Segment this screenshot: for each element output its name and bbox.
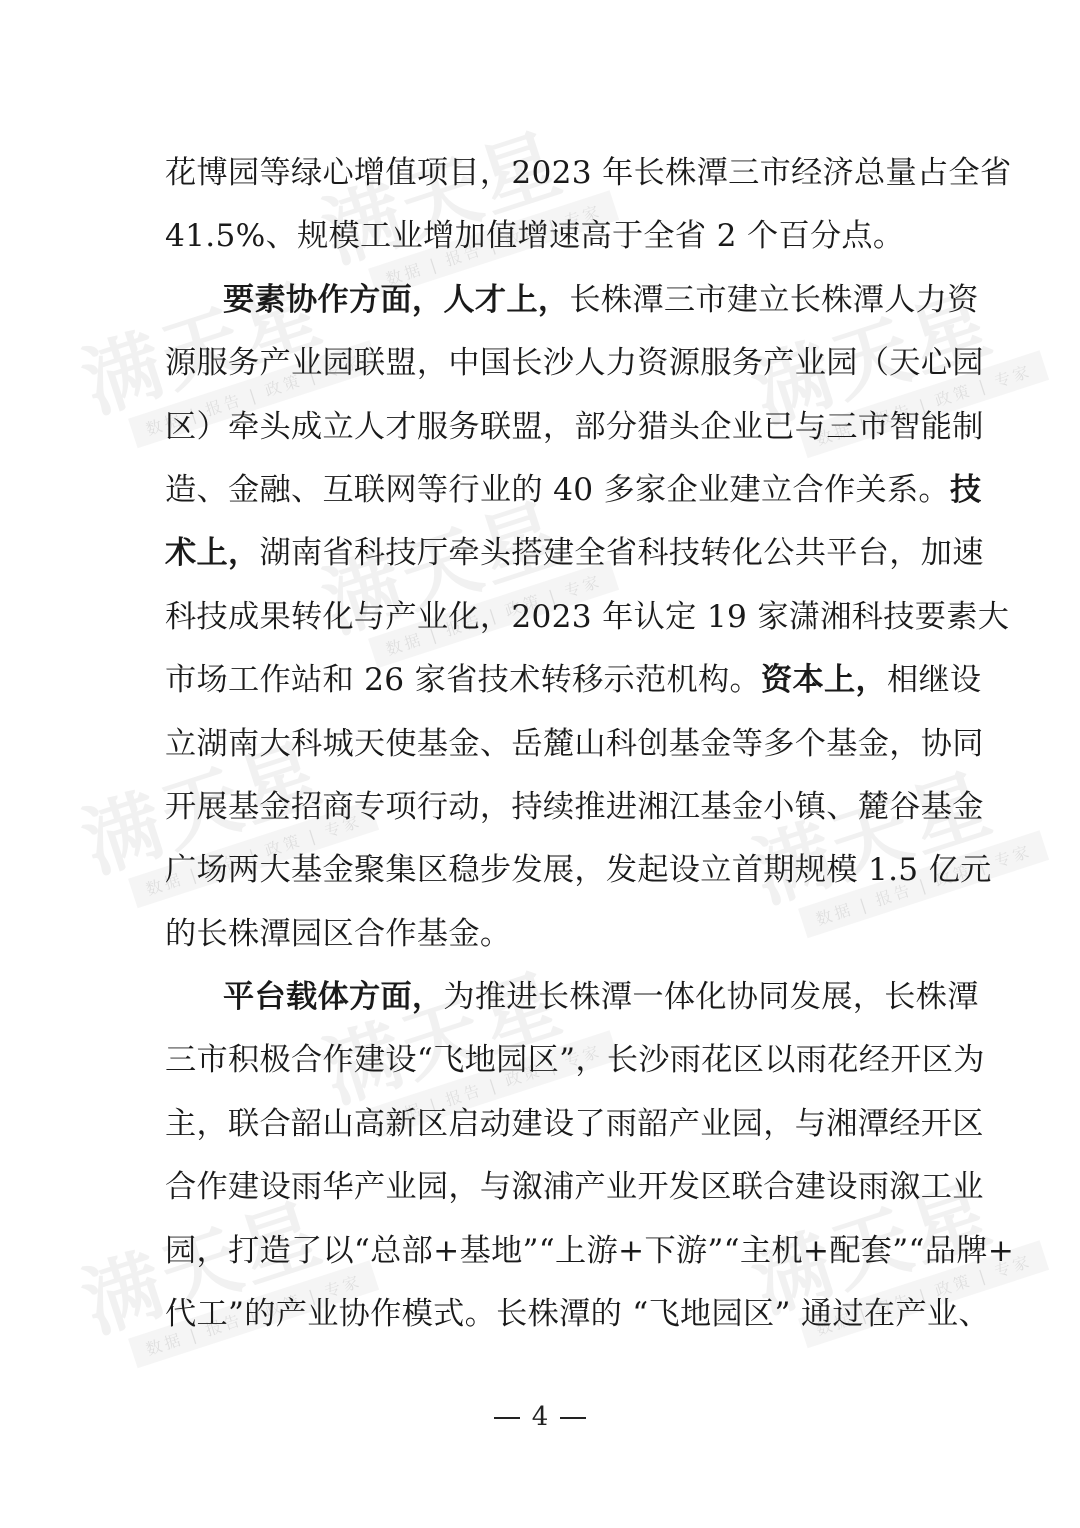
text-run: 为推进长株潭一体化协同发展，长株潭 <box>443 979 978 1015</box>
text-line: 园，打造了以“总部+基地”“上游+下游”“主机+配套”“品牌+ <box>165 1223 917 1286</box>
text-line: 花博园等绿心增值项目，2023 年长株潭三市经济总量占全省 <box>165 145 917 208</box>
text-run: 科技成果转化与产业化，2023 年认定 19 家潇湘科技要素大 <box>165 599 1009 635</box>
text-run: 市场工作站和 26 家省技术转移示范机构。 <box>165 662 761 698</box>
text-line: 科技成果转化与产业化，2023 年认定 19 家潇湘科技要素大 <box>165 589 917 652</box>
text-run: 源服务产业园联盟，中国长沙人力资源服务产业园（天心园 <box>165 345 984 381</box>
document-page: 满天星 数据 | 报告 | 政策 | 专家 满天星 数据 | 报告 | 政策 |… <box>0 0 1080 1528</box>
text-run: 区）牵头成立人才服务联盟，部分猎头企业已与三市智能制 <box>165 409 984 445</box>
text-run: 三市积极合作建设“飞地园区”，长沙雨花区以雨花经开区为 <box>165 1042 985 1078</box>
text-line: 代工”的产业协作模式。长株潭的 “飞地园区” 通过在产业、 <box>165 1286 917 1349</box>
text-run: 的长株潭园区合作基金。 <box>165 916 511 952</box>
text-run: 41.5%、规模工业增加值增速高于全省 2 个百分点。 <box>165 218 904 254</box>
text-line: 术上，湖南省科技厅牵头搭建全省科技转化公共平台，加速 <box>165 525 917 588</box>
bold-run: 平台载体方面， <box>223 979 443 1015</box>
text-line: 造、金融、互联网等行业的 40 多家企业建立合作关系。技 <box>165 462 917 525</box>
text-line: 三市积极合作建设“飞地园区”，长沙雨花区以雨花经开区为 <box>165 1032 917 1095</box>
text-run: 花博园等绿心增值项目，2023 年长株潭三市经济总量占全省 <box>165 155 1011 191</box>
text-line: 41.5%、规模工业增加值增速高于全省 2 个百分点。 <box>165 208 917 271</box>
bold-run: 术上， <box>165 535 259 571</box>
text-run: 园，打造了以“总部+基地”“上游+下游”“主机+配套”“品牌+ <box>165 1233 1014 1269</box>
text-run: 代工”的产业协作模式。长株潭的 “飞地园区” 通过在产业、 <box>165 1296 990 1332</box>
bold-run: 要素协作方面，人才上， <box>223 282 569 318</box>
page-number: 4 <box>532 1402 549 1432</box>
text-line: 的长株潭园区合作基金。 <box>165 906 917 969</box>
paragraph: 花博园等绿心增值项目，2023 年长株潭三市经济总量占全省41.5%、规模工业增… <box>165 145 917 272</box>
text-line: 平台载体方面，为推进长株潭一体化协同发展，长株潭 <box>165 969 917 1032</box>
text-line: 合作建设雨华产业园，与溆浦产业开发区联合建设雨溆工业 <box>165 1159 917 1222</box>
text-line: 源服务产业园联盟，中国长沙人力资源服务产业园（天心园 <box>165 335 917 398</box>
page-footer: 4 <box>0 1402 1080 1432</box>
text-run: 合作建设雨华产业园，与溆浦产业开发区联合建设雨溆工业 <box>165 1169 984 1205</box>
bold-run: 技 <box>950 472 982 508</box>
paragraph: 平台载体方面，为推进长株潭一体化协同发展，长株潭三市积极合作建设“飞地园区”，长… <box>165 969 917 1349</box>
text-run: 湖南省科技厅牵头搭建全省科技转化公共平台，加速 <box>259 535 983 571</box>
text-line: 要素协作方面，人才上，长株潭三市建立长株潭人力资 <box>165 272 917 335</box>
text-line: 广场两大基金聚集区稳步发展，发起设立首期规模 1.5 亿元 <box>165 842 917 905</box>
dash-right <box>560 1417 586 1419</box>
document-body: 花博园等绿心增值项目，2023 年长株潭三市经济总量占全省41.5%、规模工业增… <box>165 145 917 1349</box>
paragraph: 要素协作方面，人才上，长株潭三市建立长株潭人力资源服务产业园联盟，中国长沙人力资… <box>165 272 917 969</box>
dash-left <box>494 1417 520 1419</box>
text-run: 开展基金招商专项行动，持续推进湘江基金小镇、麓谷基金 <box>165 789 984 825</box>
text-line: 区）牵头成立人才服务联盟，部分猎头企业已与三市智能制 <box>165 399 917 462</box>
text-run: 长株潭三市建立长株潭人力资 <box>569 282 978 318</box>
text-run: 立湖南大科城天使基金、岳麓山科创基金等多个基金，协同 <box>165 726 984 762</box>
text-line: 开展基金招商专项行动，持续推进湘江基金小镇、麓谷基金 <box>165 779 917 842</box>
text-line: 市场工作站和 26 家省技术转移示范机构。资本上，相继设 <box>165 652 917 715</box>
text-run: 相继设 <box>887 662 981 698</box>
text-line: 立湖南大科城天使基金、岳麓山科创基金等多个基金，协同 <box>165 716 917 779</box>
text-run: 广场两大基金聚集区稳步发展，发起设立首期规模 1.5 亿元 <box>165 852 992 888</box>
bold-run: 资本上， <box>761 662 887 698</box>
text-run: 主，联合韶山高新区启动建设了雨韶产业园，与湘潭经开区 <box>165 1106 984 1142</box>
text-line: 主，联合韶山高新区启动建设了雨韶产业园，与湘潭经开区 <box>165 1096 917 1159</box>
text-run: 造、金融、互联网等行业的 40 多家企业建立合作关系。 <box>165 472 950 508</box>
